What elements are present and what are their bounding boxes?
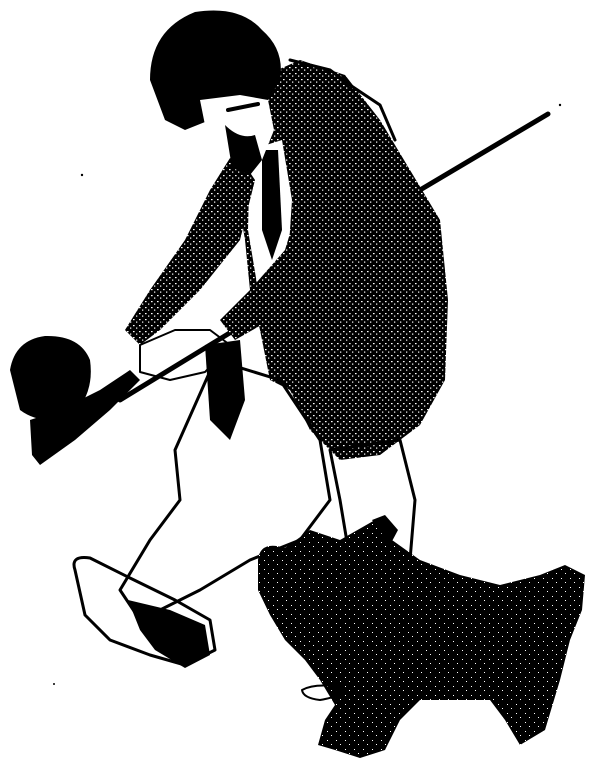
coat-tail	[205, 340, 245, 440]
shoe	[128, 600, 210, 668]
dog-body	[258, 520, 585, 758]
dog	[258, 515, 585, 758]
ink-illustration	[0, 0, 591, 768]
